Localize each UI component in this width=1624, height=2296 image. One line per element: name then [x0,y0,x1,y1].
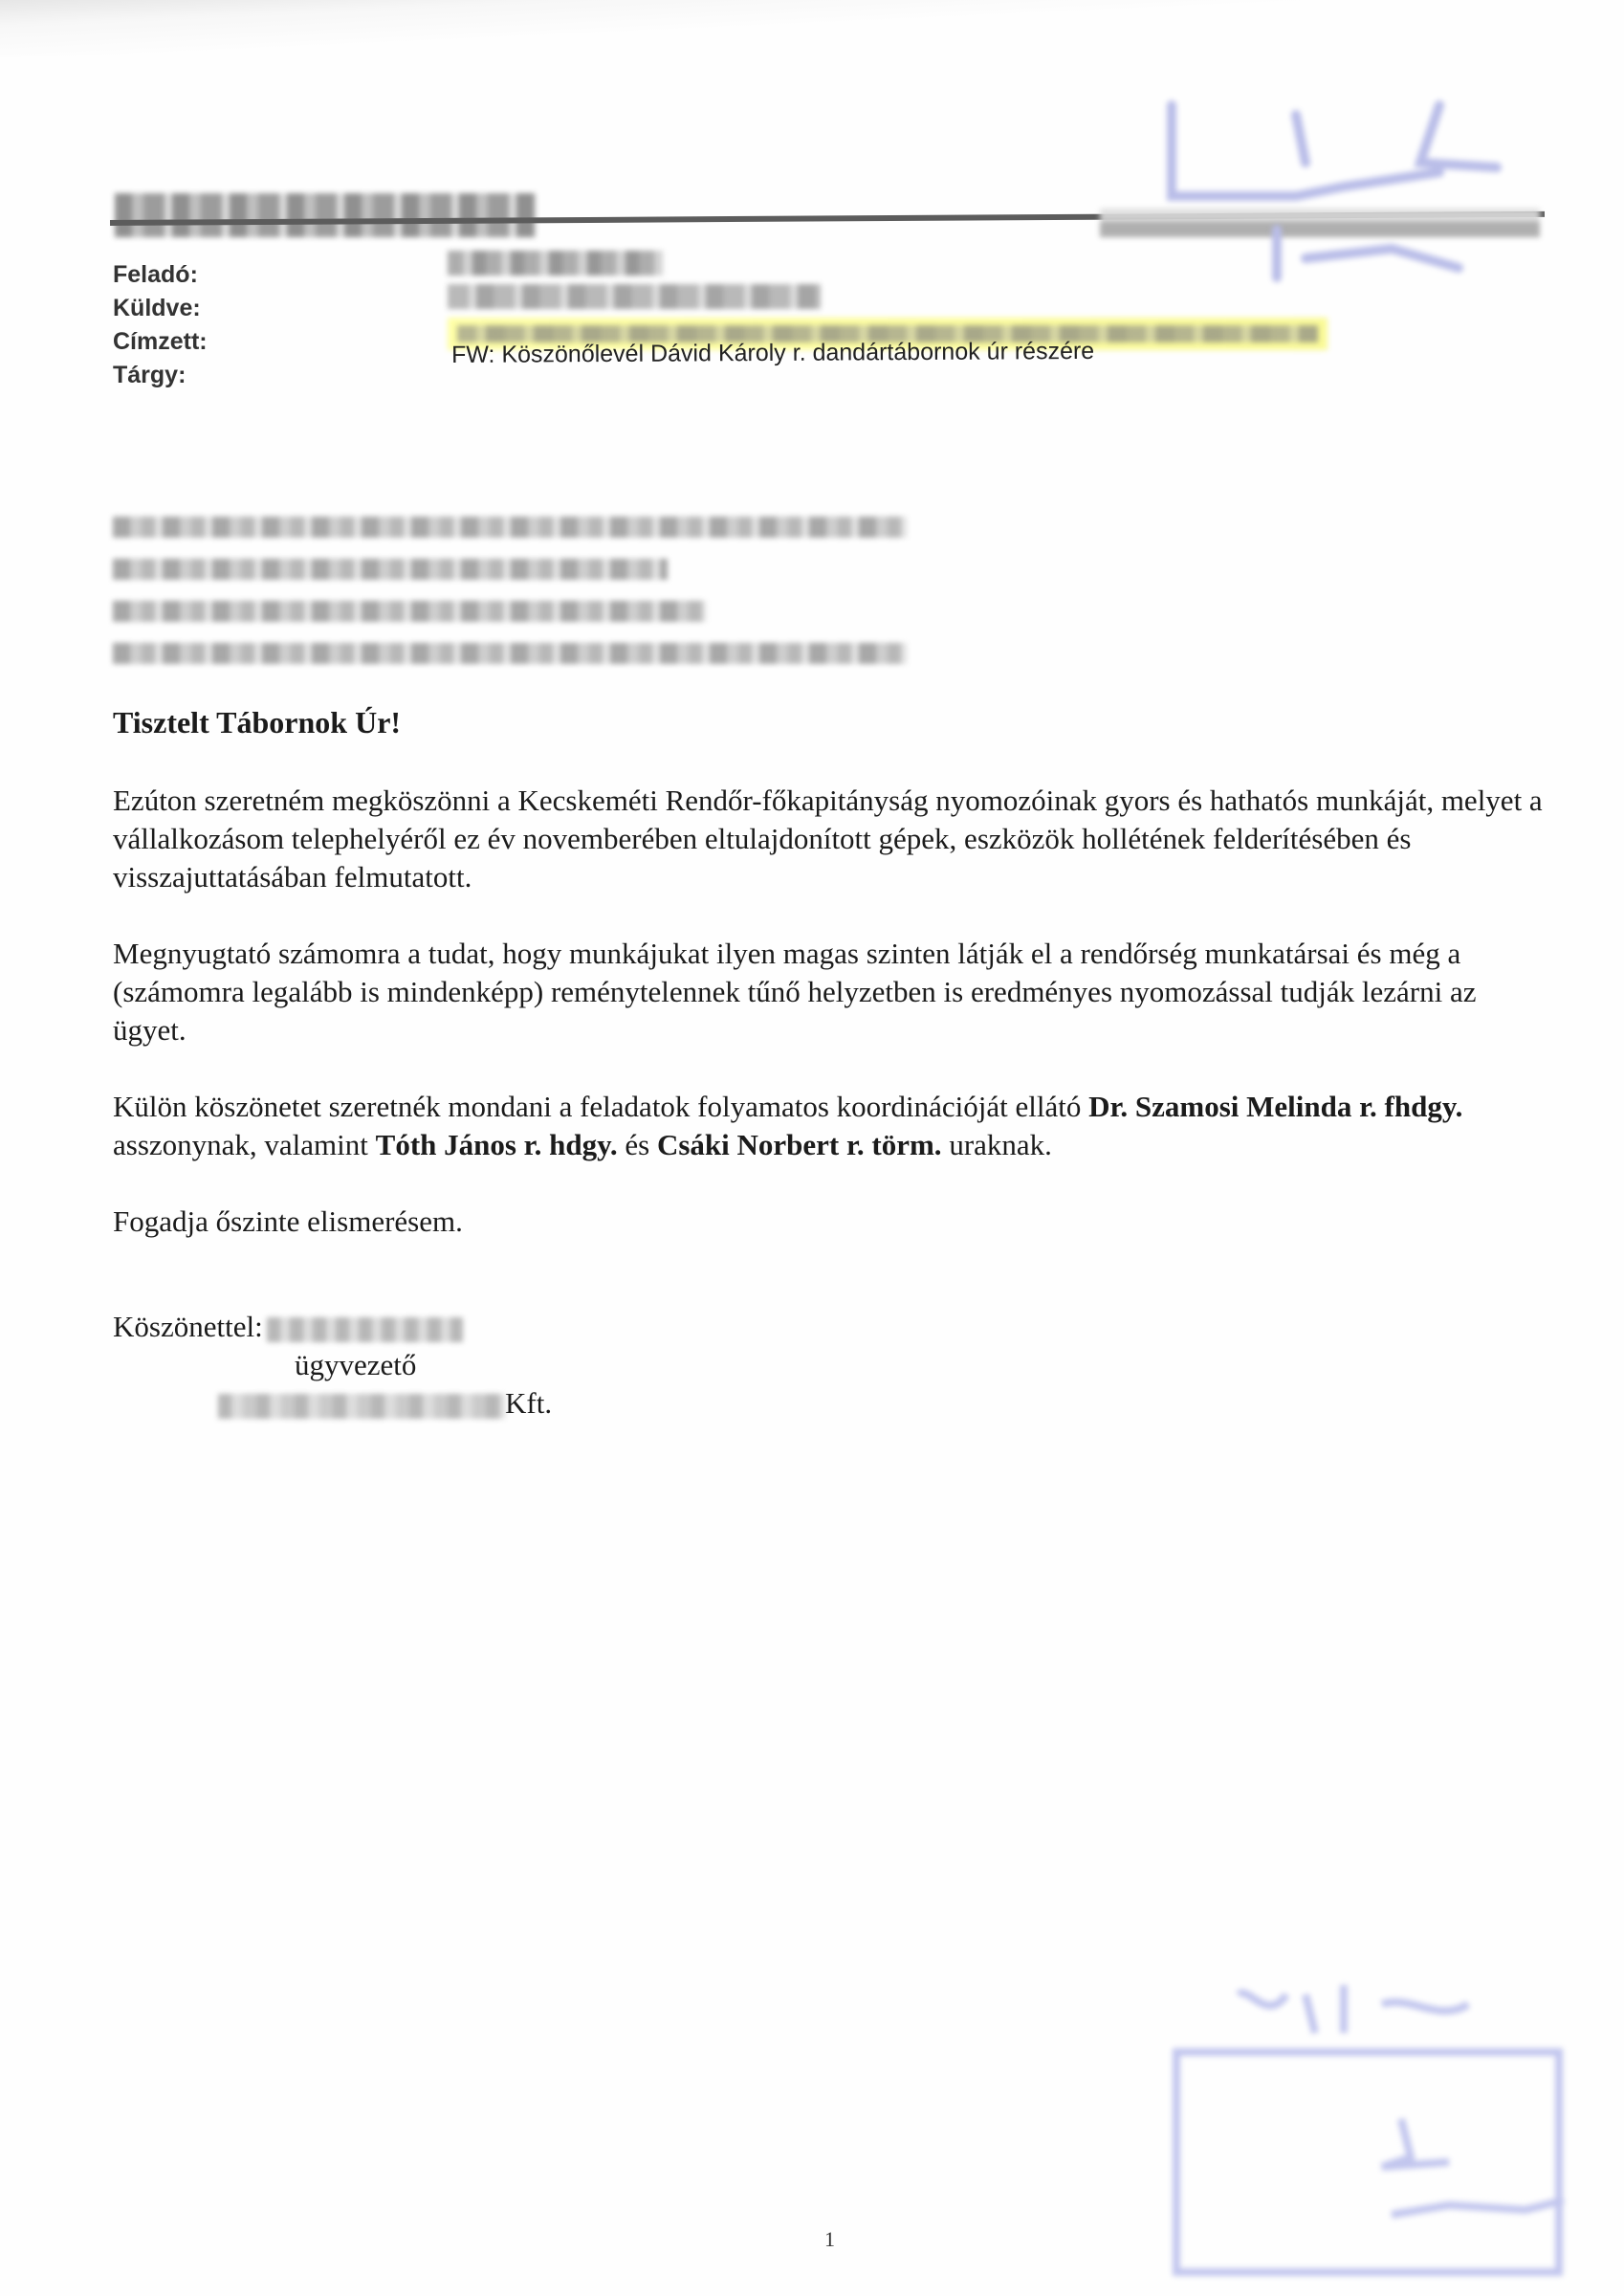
to-label: Címzett: [113,325,208,359]
signoff-label: Köszönettel: [113,1310,263,1343]
signature-stamp-icon [1152,86,1554,287]
officer-name: Csáki Norbert r. törm. [657,1128,942,1161]
text-segment: asszonynak, valamint [113,1128,376,1161]
redacted-line [113,643,907,664]
redacted-company-name [218,1394,505,1419]
redacted-line [113,517,907,538]
officer-name: Tóth János r. hdgy. [376,1128,618,1161]
company-suffix: Kft. [505,1386,552,1420]
officer-name: Dr. Szamosi Melinda r. fhdgy. [1088,1090,1462,1123]
subject-value: FW: Köszönőlevél Dávid Károly r. dandárt… [451,338,1094,369]
signoff-line: Köszönettel: [113,1308,1547,1346]
text-segment: Külön köszönetet szeretnék mondani a fel… [113,1090,1088,1123]
signer-title: ügyvezető [113,1346,1547,1384]
text-segment: uraknak. [942,1128,1052,1161]
paragraph-thanks-investigators: Ezúton szeretném megköszönni a Kecskemét… [113,782,1547,896]
paragraph-special-thanks: Külön köszönetet szeretnék mondani a fel… [113,1088,1547,1164]
letter-greeting: Tisztelt Tábornok Úr! [113,703,1547,741]
sent-label: Küldve: [113,292,208,325]
letter-body: Tisztelt Tábornok Úr! Ezúton szeretném m… [113,703,1547,1423]
page-number: 1 [824,2227,835,2252]
redacted-forwarded-header [113,517,907,685]
scan-shadow-edge [0,0,1339,57]
redacted-line [113,559,668,580]
received-stamp-icon [1162,1966,1602,2282]
from-label: Feladó: [113,258,208,292]
redacted-sent-value [448,284,821,309]
redacted-from-value [448,251,663,276]
company-line: Kft. [113,1384,1547,1423]
paragraph-reassurance: Megnyugtató számomra a tudat, hogy munká… [113,935,1547,1049]
email-meta-labels: Feladó: Küldve: Címzett: Tárgy: [113,258,208,392]
signature-block: Köszönettel: ügyvezető Kft. [113,1308,1547,1423]
closing-sentence: Fogadja őszinte elismerésem. [113,1203,1547,1241]
text-segment: és [618,1128,657,1161]
redacted-signer-name [267,1317,463,1342]
subject-label: Tárgy: [113,359,208,392]
redacted-line [113,601,706,622]
redacted-sender-name [115,193,536,237]
